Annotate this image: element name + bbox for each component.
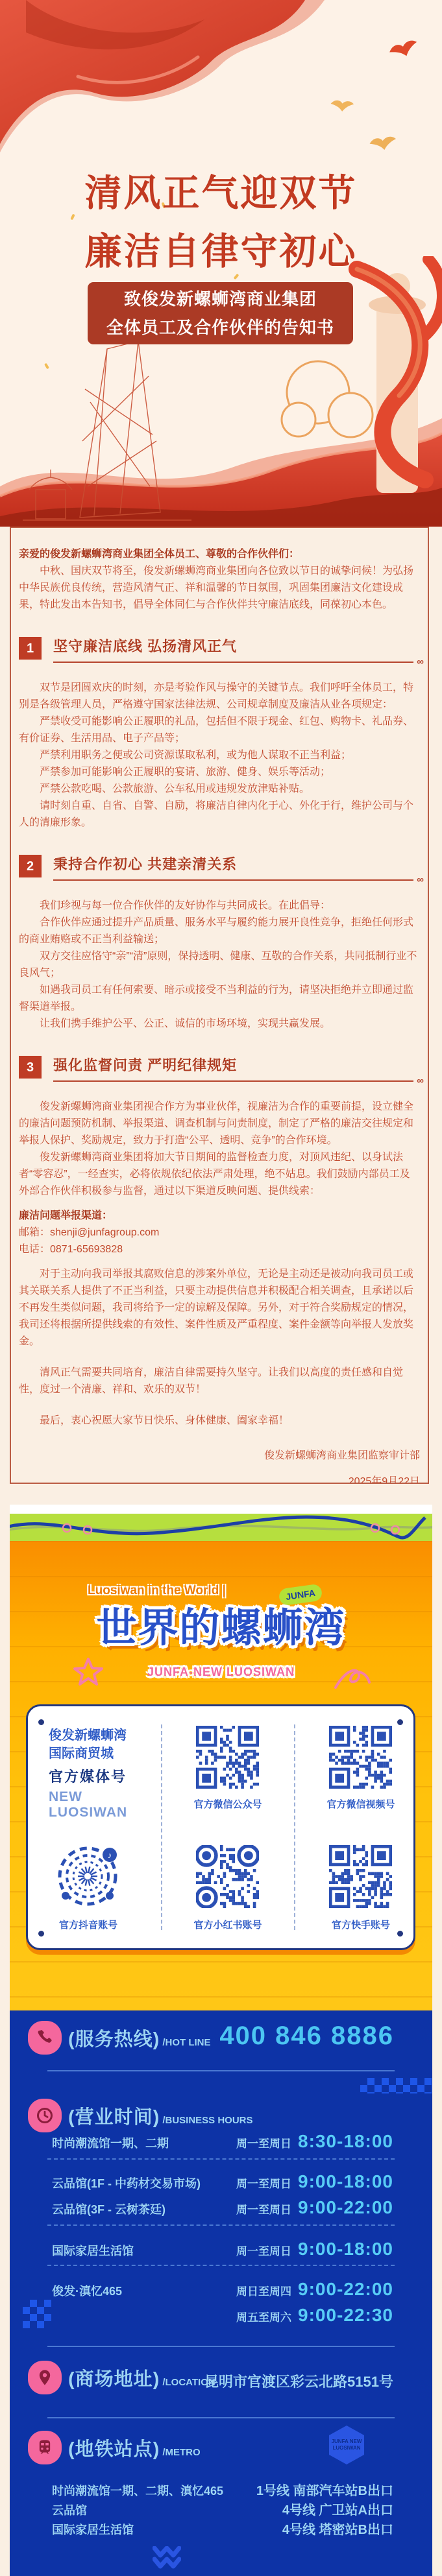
letter-paragraph: 最后，衷心祝愿大家节日快乐、身体健康、阖家幸福！ bbox=[19, 1413, 420, 1429]
letter-paragraph: 对于主动向我司举报其腐败信息的涉案外单位，无论是主动还是被动向我司员工或其关联关… bbox=[19, 1266, 420, 1350]
letter-paragraph: 严禁利用职务之便或公司资源谋取私利，或为他人谋取不正当利益； bbox=[19, 747, 420, 764]
location-label-cn: (商场地址) bbox=[68, 2369, 160, 2390]
hours-row: 云品馆(3F - 云树茶廷) 周一至周日9:00-22:00 bbox=[52, 2197, 393, 2218]
org-name-line1: 俊发新螺蛳湾 bbox=[49, 1724, 127, 1743]
letter-paragraph: 俊发新螺蛳湾商业集团将加大节日期间的监督检查力度，对顶风违纪、以身试法者“零容忍… bbox=[19, 1149, 420, 1200]
qr-kuaishou bbox=[329, 1845, 392, 1908]
metro-venue: 时尚潮流馆一期、二期、滇忆465 bbox=[52, 2482, 223, 2499]
hero-poster: 清风正气迎双节 廉洁自律守初心 致俊发新螺蛳湾商业集团 全体员工及合作伙伴的告知… bbox=[0, 0, 442, 527]
checker-decor bbox=[23, 2300, 51, 2328]
divider bbox=[47, 2070, 395, 2071]
days: 周一至周日 bbox=[236, 2200, 291, 2217]
qr-label: 官方微信视频号 bbox=[309, 1797, 413, 1811]
report-channels: 廉洁问题举报渠道： 邮箱：shenji@junfagroup.com 电话：08… bbox=[19, 1208, 420, 1258]
loop-squiggle-icon bbox=[333, 1663, 372, 1693]
corner-dot-decor bbox=[397, 1931, 403, 1937]
metro-row: 时尚潮流馆一期、二期、滇忆465 1号线 南部汽车站B出口 bbox=[52, 2480, 393, 2499]
checker-decor bbox=[360, 2078, 432, 2093]
section-rule-decor bbox=[53, 1080, 413, 1082]
letter-salutation: 亲爱的俊发新螺蛳湾商业集团全体员工、尊敬的合作伙伴们： bbox=[19, 546, 420, 563]
hotline-label-en: /HOT LINE bbox=[162, 2037, 210, 2048]
time: 8:30-18:00 bbox=[298, 2131, 393, 2152]
junfa-hex-badge: JUNFA NEW LUOSIWAN bbox=[329, 2426, 364, 2464]
report-channel-label: 廉洁问题举报渠道： bbox=[19, 1208, 420, 1224]
qr-wechat-video bbox=[329, 1726, 392, 1789]
dashed-separator bbox=[161, 1724, 162, 1930]
section-heading-1: 1 坚守廉洁底线 弘扬清风正气 bbox=[19, 637, 420, 660]
section-number: 3 bbox=[19, 1056, 42, 1079]
letter-signature: 俊发新螺蛳湾商业集团监察审计部 bbox=[19, 1448, 420, 1464]
metro-venue: 云品馆 bbox=[52, 2501, 87, 2518]
brand-section: Luosiwan in the World | 世界的螺蛳湾 JUNFA JUN… bbox=[10, 1505, 432, 2010]
letter-paragraph: 双方交往应恪守“亲”“清”原则，保持透明、健康、互敬的合作关系，共同抵制行业不良… bbox=[19, 948, 420, 982]
clock-icon bbox=[28, 2099, 62, 2132]
section-number: 1 bbox=[19, 637, 42, 660]
dashed-divider bbox=[47, 2265, 395, 2266]
report-phone: 电话：0871-65693828 bbox=[19, 1241, 420, 1258]
org-en-line1: NEW bbox=[49, 1789, 82, 1805]
hours-label-en: /BUSINESS HOURS bbox=[162, 2115, 252, 2126]
brand-logo: 世界的螺蛳湾 bbox=[96, 1595, 345, 1653]
section-title: 秉持合作初心 共建亲清关系 bbox=[53, 856, 237, 873]
time: 9:00-22:00 bbox=[298, 2197, 393, 2218]
train-icon bbox=[28, 2431, 62, 2464]
official-media-card: 俊发新螺蛳湾 国际商贸城 官方媒体号 NEW LUOSIWAN 官方微信公众号 … bbox=[26, 1704, 415, 1950]
letter-paragraph: 让我们携手维护公平、公正、诚信的市场环境，实现共赢发展。 bbox=[19, 1016, 420, 1032]
days: 周日至周四 bbox=[236, 2282, 291, 2298]
section-number: 2 bbox=[19, 855, 42, 877]
days: 周五至周六 bbox=[236, 2308, 291, 2324]
days: 周一至周日 bbox=[236, 2134, 291, 2151]
letter-paragraph: 清风正气需要共同培育，廉洁自律需要持久坚守。让我们以高度的责任感和自觉性，度过一… bbox=[19, 1365, 420, 1398]
hotline-number: 400 846 8886 bbox=[219, 2021, 394, 2051]
time: 9:00-22:30 bbox=[298, 2305, 393, 2326]
section-title: 坚守廉洁底线 弘扬清风正气 bbox=[53, 638, 237, 655]
letter-date: 2025年9月22日 bbox=[19, 1473, 420, 1484]
hours-label: (营业时间)/BUSINESS HOURS bbox=[68, 2103, 253, 2129]
dashed-separator bbox=[294, 1724, 295, 1930]
time: 9:00-18:00 bbox=[298, 2171, 393, 2192]
letter-paragraph: 双节是团圆欢庆的时刻，亦是考验作风与操守的关键节点。我们呼吁全体员工，特别是各级… bbox=[19, 680, 420, 713]
metro-label-cn: (地铁站点) bbox=[68, 2439, 160, 2460]
section-heading-3: 3 强化监督问责 严明纪律规矩 bbox=[19, 1056, 420, 1079]
metro-label: (地铁站点)/METRO bbox=[68, 2435, 201, 2461]
metro-line: 4号线 塔密站B出口 bbox=[282, 2519, 393, 2538]
venue-name: 俊发·滇忆465 bbox=[52, 2282, 122, 2299]
qr-douyin: ♪ bbox=[56, 1845, 119, 1908]
days: 周一至周日 bbox=[236, 2242, 291, 2258]
brand-body: Luosiwan in the World | 世界的螺蛳湾 JUNFA JUN… bbox=[10, 1541, 432, 2010]
salutation-text: 亲爱的俊发新螺蛳湾商业集团全体员工、尊敬的合作伙伴们： bbox=[19, 549, 299, 560]
hours-row: 时尚潮流馆一期、二期 周一至周日8:30-18:00 bbox=[52, 2131, 393, 2152]
section-rule-decor bbox=[53, 662, 413, 663]
corner-dot-decor bbox=[397, 1719, 403, 1725]
white-strip-decor bbox=[10, 1505, 432, 1514]
page-title-line1: 清风正气迎双节 bbox=[0, 163, 442, 217]
map-pin-icon bbox=[28, 2361, 62, 2394]
info-footer: (服务热线)/HOT LINE 400 846 8886 (营业时间)/BUSI… bbox=[10, 2010, 432, 2576]
letter-intro: 中秋、国庆双节将至，俊发新螺蛳湾商业集团向各位致以节日的诚挚问候！为弘扬中华民族… bbox=[19, 563, 420, 614]
venue-name: 云品馆(3F - 云树茶廷) bbox=[52, 2200, 166, 2217]
dashed-divider bbox=[47, 2224, 395, 2226]
corner-dot-decor bbox=[38, 1931, 44, 1937]
corner-dot-decor bbox=[38, 1719, 44, 1725]
metro-venue: 国际家居生活馆 bbox=[52, 2521, 134, 2538]
days: 周一至周日 bbox=[236, 2175, 291, 2191]
time: 9:00-22:00 bbox=[298, 2279, 393, 2300]
mall-address: 昆明市官渡区彩云北路5151号 bbox=[204, 2371, 393, 2391]
letter-paragraph: 合作伙伴应通过提升产品质量、服务水平与履约能力展开良性竞争，拒绝任何形式的商业贿… bbox=[19, 914, 420, 948]
metro-line: 1号线 南部汽车站B出口 bbox=[256, 2480, 393, 2499]
w-zigzag-logo bbox=[153, 2546, 181, 2572]
section-rule-decor bbox=[53, 879, 413, 881]
media-accounts-label: 官方媒体号 bbox=[49, 1766, 127, 1786]
green-wave-band-decor bbox=[10, 1514, 432, 1541]
hotline-label-cn: (服务热线) bbox=[68, 2029, 160, 2050]
letter-paragraph: 严禁公款吃喝、公款旅游、公车私用或违规发放津贴补贴。 bbox=[19, 781, 420, 798]
hours-row-extra: 周五至周六9:00-22:30 bbox=[52, 2305, 393, 2326]
letter-paragraph: 严禁收受可能影响公正履职的礼品，包括但不限于现金、红包、购物卡、礼品券、有价证券… bbox=[19, 713, 420, 747]
venue-name: 云品馆(1F - 中药材交易市场) bbox=[52, 2175, 201, 2191]
qr-xiaohongshu bbox=[196, 1845, 259, 1908]
hours-label-cn: (营业时间) bbox=[68, 2107, 160, 2128]
banner-line1: 致俊发新螺蛳湾商业集团 bbox=[124, 285, 317, 313]
org-name-line2: 国际商贸城 bbox=[49, 1743, 114, 1761]
section-title: 强化监督问责 严明纪律规矩 bbox=[53, 1057, 237, 1074]
building-lineart-decor bbox=[10, 337, 204, 527]
hours-row: 俊发·滇忆465 周日至周四9:00-22:00 bbox=[52, 2279, 393, 2300]
location-label: (商场地址)/LOCATION bbox=[68, 2365, 215, 2391]
dashed-divider bbox=[47, 2158, 395, 2160]
metro-line: 4号线 广卫站A出口 bbox=[282, 2499, 393, 2518]
hours-row: 国际家居生活馆 周一至周日9:00-18:00 bbox=[52, 2239, 393, 2260]
svg-text:♪: ♪ bbox=[108, 1850, 112, 1860]
letter-paragraph: 请时刻自重、自省、自警、自励，将廉洁自律内化于心、外化于行，维护公司与个人的清廉… bbox=[19, 798, 420, 831]
letter-paragraph: 我们珍视与每一位合作伙伴的友好协作与共同成长。在此倡导： bbox=[19, 898, 420, 914]
qr-label: 官方抖音账号 bbox=[36, 1918, 140, 1931]
metro-label-en: /METRO bbox=[162, 2447, 200, 2458]
qr-label: 官方小红书账号 bbox=[176, 1918, 280, 1931]
metro-row: 云品馆 4号线 广卫站A出口 bbox=[52, 2499, 393, 2518]
section-heading-2: 2 秉持合作初心 共建亲清关系 bbox=[19, 855, 420, 878]
banner-line2: 全体员工及合作伙伴的告知书 bbox=[106, 313, 334, 342]
letter-paragraph: 俊发新螺蛳湾商业集团视合作方为事业伙伴，视廉洁为合作的重要前提，设立健全的廉洁问… bbox=[19, 1099, 420, 1149]
report-email: 邮箱：shenji@junfagroup.com bbox=[19, 1224, 420, 1241]
letter-paragraph: 严禁参加可能影响公正履职的宴请、旅游、健身、娱乐等活动； bbox=[19, 764, 420, 781]
bird-icon bbox=[368, 134, 398, 152]
org-en-line2: LUOSIWAN bbox=[49, 1805, 127, 1820]
hours-row: 云品馆(1F - 中药材交易市场) 周一至周日9:00-18:00 bbox=[52, 2171, 393, 2192]
metro-row: 国际家居生活馆 4号线 塔密站B出口 bbox=[52, 2519, 393, 2538]
divider bbox=[47, 2417, 395, 2418]
notice-letter: 亲爱的俊发新螺蛳湾商业集团全体员工、尊敬的合作伙伴们： 中秋、国庆双节将至，俊发… bbox=[10, 527, 429, 1484]
notice-banner: 致俊发新螺蛳湾商业集团 全体员工及合作伙伴的告知书 bbox=[88, 282, 353, 344]
divider bbox=[47, 2346, 395, 2347]
venue-name: 时尚潮流馆一期、二期 bbox=[52, 2134, 169, 2151]
phone-icon bbox=[28, 2021, 62, 2055]
qr-label: 官方快手账号 bbox=[309, 1918, 413, 1931]
logo-subtitle-en: JUNFA-NEW LUOSIWAN bbox=[147, 1665, 295, 1679]
star-icon bbox=[72, 1656, 104, 1689]
qr-wechat-official bbox=[196, 1726, 259, 1789]
qr-label: 官方微信公众号 bbox=[176, 1797, 280, 1811]
hotline-label: (服务热线)/HOT LINE bbox=[68, 2025, 211, 2051]
letter-paragraph: 如遇我司员工有任何索要、暗示或接受不当利益的行为，请坚决拒绝并立即通过监督渠道举… bbox=[19, 982, 420, 1016]
article-page: 清风正气迎双节 廉洁自律守初心 致俊发新螺蛳湾商业集团 全体员工及合作伙伴的告知… bbox=[0, 0, 442, 2576]
venue-name: 国际家居生活馆 bbox=[52, 2242, 134, 2259]
time: 9:00-18:00 bbox=[298, 2239, 393, 2260]
